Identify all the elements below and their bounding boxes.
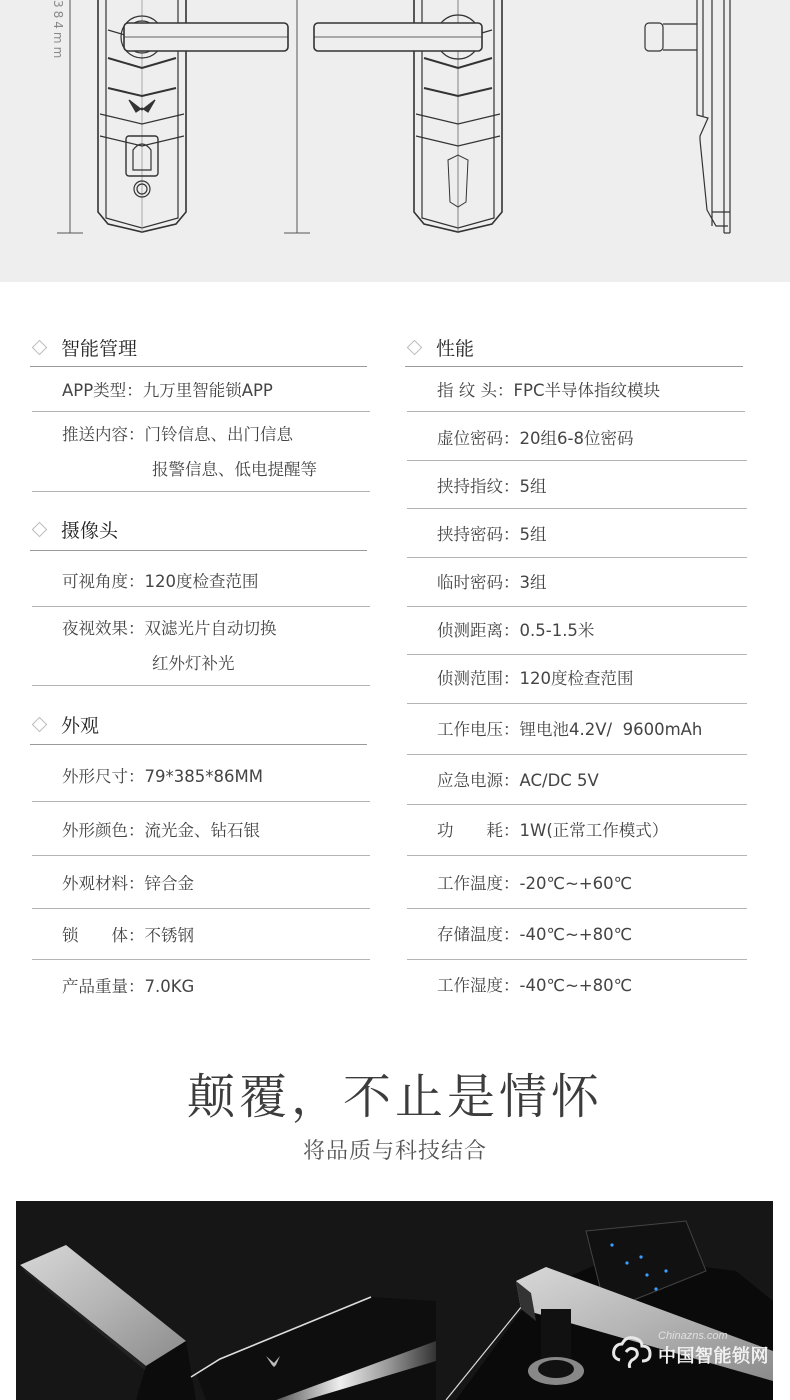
spec-row: 临时密码：3组 bbox=[437, 565, 547, 600]
spec-value: 79*385*86MM bbox=[145, 759, 263, 794]
diamond-icon bbox=[32, 339, 48, 355]
spec-row: 应急电源：AC/DC 5V bbox=[437, 763, 599, 798]
row-divider bbox=[32, 606, 370, 607]
spec-row: 夜视效果：双滤光片自动切换 红外灯补光 bbox=[62, 611, 277, 681]
spec-row: 工作湿度：-40℃~+80℃ bbox=[437, 968, 632, 1003]
spec-row: 外形颜色：流光金、钻石银 bbox=[62, 813, 260, 848]
spec-value: 不锈钢 bbox=[145, 918, 195, 953]
section-title: 性能 bbox=[436, 334, 474, 361]
spec-label: 挟持密码 bbox=[437, 517, 503, 552]
spec-label: APP类型 bbox=[62, 373, 126, 408]
spec-label: 指 纹 头 bbox=[437, 373, 497, 408]
spec-label: 挟持指纹 bbox=[437, 469, 503, 504]
row-divider bbox=[407, 754, 747, 755]
spec-row: 外形尺寸：79*385*86MM bbox=[62, 759, 263, 794]
section-title: 外观 bbox=[61, 711, 99, 738]
spec-row: 挟持密码：5组 bbox=[437, 517, 547, 552]
section-header-camera: 摄像头 bbox=[30, 514, 118, 544]
spec-label: 临时密码 bbox=[437, 565, 503, 600]
spec-row: 存储温度：-40℃~+80℃ bbox=[437, 917, 632, 952]
spec-row: 外观材料：锌合金 bbox=[62, 866, 194, 901]
section-divider bbox=[30, 550, 367, 551]
technical-drawing: 384mm bbox=[0, 0, 790, 282]
spec-row: 侦测距离：0.5-1.5米 bbox=[437, 613, 594, 648]
section-divider bbox=[30, 744, 367, 745]
spec-row: APP类型：九万里智能锁APP bbox=[62, 373, 273, 408]
spec-value-continued: 红外灯补光 bbox=[62, 646, 277, 681]
row-divider bbox=[32, 855, 370, 856]
section-header-appearance: 外观 bbox=[30, 709, 99, 739]
spec-label: 外形颜色 bbox=[62, 813, 128, 848]
row-divider bbox=[407, 557, 747, 558]
spec-value-continued: 报警信息、低电提醒等 bbox=[62, 452, 317, 487]
spec-row: 指 纹 头 ：FPC半导体指纹模块 bbox=[437, 373, 660, 408]
spec-value: -40℃~+80℃ bbox=[520, 968, 633, 1003]
row-divider bbox=[407, 804, 747, 805]
section-title: 摄像头 bbox=[61, 516, 118, 543]
watermark-name: 中国智能锁网 bbox=[658, 1342, 769, 1368]
section-title: 智能管理 bbox=[61, 334, 137, 361]
spec-label: 应急电源 bbox=[437, 763, 503, 798]
spec-label: 外观材料 bbox=[62, 866, 128, 901]
cloud-logo-icon bbox=[612, 1334, 652, 1368]
spec-value: 双滤光片自动切换 bbox=[145, 611, 277, 646]
spec-value: 5组 bbox=[520, 469, 547, 504]
spec-label: 功 耗 bbox=[437, 813, 503, 848]
watermark-domain: Chinazns.com bbox=[658, 1330, 728, 1342]
spec-label: 工作温度 bbox=[437, 866, 503, 901]
headline-subtitle: 将品质与科技结合 bbox=[0, 1134, 790, 1165]
spec-label: 侦测距离 bbox=[437, 613, 503, 648]
spec-value: 7.0KG bbox=[145, 969, 195, 1004]
spec-value: 0.5-1.5米 bbox=[520, 613, 595, 648]
spec-value: -40℃~+80℃ bbox=[520, 917, 633, 952]
diamond-icon bbox=[32, 521, 48, 537]
spec-value: 20组6-8位密码 bbox=[520, 421, 634, 456]
row-divider bbox=[407, 606, 747, 607]
spec-value: 3组 bbox=[520, 565, 547, 600]
spec-value: 5组 bbox=[520, 517, 547, 552]
row-divider bbox=[407, 959, 747, 960]
spec-value: 流光金、钻石银 bbox=[145, 813, 261, 848]
spec-value: 1W(正常工作模式） bbox=[520, 813, 669, 848]
spec-row: 可视角度：120度检查范围 bbox=[62, 564, 259, 599]
row-divider bbox=[32, 491, 370, 492]
row-divider bbox=[32, 411, 370, 412]
row-divider bbox=[407, 908, 747, 909]
section-header-smart: 智能管理 bbox=[30, 332, 137, 362]
diamond-icon bbox=[32, 716, 48, 732]
spec-label: 工作电压 bbox=[437, 712, 503, 747]
spec-label: 工作湿度 bbox=[437, 968, 503, 1003]
watermark: Chinazns.com 中国智能锁网 bbox=[612, 1330, 782, 1374]
section-divider bbox=[405, 366, 743, 367]
section-divider bbox=[30, 366, 367, 367]
spec-row: 工作温度：-20℃~+60℃ bbox=[437, 866, 632, 901]
spec-row: 功 耗：1W(正常工作模式） bbox=[437, 813, 668, 848]
spec-label: 锁 体 bbox=[62, 918, 128, 953]
spec-row: 虚位密码：20组6-8位密码 bbox=[437, 421, 633, 456]
spec-row: 挟持指纹：5组 bbox=[437, 469, 547, 504]
spec-value: 九万里智能锁APP bbox=[143, 373, 273, 408]
spec-label: 可视角度 bbox=[62, 564, 128, 599]
spec-value: FPC半导体指纹模块 bbox=[514, 373, 660, 408]
spec-label: 侦测范围 bbox=[437, 661, 503, 696]
spec-label: 外形尺寸 bbox=[62, 759, 128, 794]
spec-label: 产品重量 bbox=[62, 969, 128, 1004]
dimension-label: 384mm bbox=[50, 0, 66, 61]
spec-value: 120度检查范围 bbox=[145, 564, 259, 599]
spec-row: 锁 体：不锈钢 bbox=[62, 918, 194, 953]
row-divider bbox=[407, 460, 747, 461]
spec-row: 产品重量：7.0KG bbox=[62, 969, 194, 1004]
spec-row: 推送内容：门铃信息、出门信息 报警信息、低电提醒等 bbox=[62, 417, 317, 487]
row-divider bbox=[407, 411, 745, 412]
spec-value: 锌合金 bbox=[145, 866, 195, 901]
spec-label: 推送内容 bbox=[62, 417, 128, 452]
row-divider bbox=[32, 959, 370, 960]
spec-value: -20℃~+60℃ bbox=[520, 866, 633, 901]
spec-row: 工作电压：锂电池4.2V/ 9600mAh bbox=[437, 712, 702, 747]
row-divider bbox=[407, 508, 747, 509]
lock-line-drawing bbox=[0, 0, 790, 282]
spec-value: AC/DC 5V bbox=[520, 763, 599, 798]
row-divider bbox=[32, 685, 370, 686]
row-divider bbox=[407, 703, 747, 704]
spec-label: 存储温度 bbox=[437, 917, 503, 952]
spec-value: 120度检查范围 bbox=[520, 661, 634, 696]
spec-label: 夜视效果 bbox=[62, 611, 128, 646]
spec-row: 侦测范围：120度检查范围 bbox=[437, 661, 634, 696]
row-divider bbox=[32, 801, 370, 802]
specifications: 智能管理 APP类型：九万里智能锁APP 推送内容：门铃信息、出门信息 报警信息… bbox=[0, 282, 790, 1022]
row-divider bbox=[407, 654, 747, 655]
headline-title: 颠覆，不止是情怀 bbox=[0, 1058, 790, 1127]
section-header-performance: 性能 bbox=[405, 332, 474, 362]
row-divider bbox=[407, 855, 747, 856]
spec-value: 门铃信息、出门信息 bbox=[145, 417, 294, 452]
row-divider bbox=[32, 908, 370, 909]
spec-value: 锂电池4.2V/ 9600mAh bbox=[520, 712, 703, 747]
diamond-icon bbox=[407, 339, 423, 355]
spec-label: 虚位密码 bbox=[437, 421, 503, 456]
